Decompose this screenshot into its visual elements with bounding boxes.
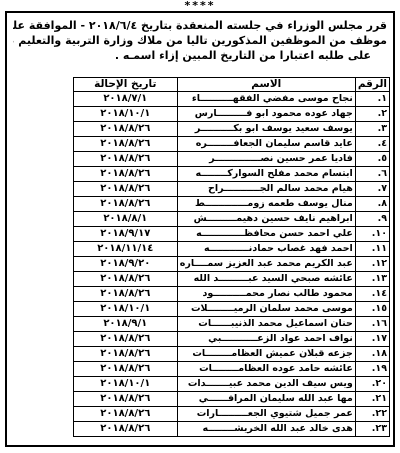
table-row: ١٦.حنان اسماعيل محمد الذنيبــــــات٢٠١٨/… — [73, 317, 389, 332]
decision-paragraph: قرر مجلس الوزراء في جلسته المنعقدة بتاري… — [7, 13, 393, 63]
referral-table: الرقم الاسم تاريخ الإحالة ١.نجاح موسى مف… — [73, 77, 390, 437]
employee-name-cell: جزعه قبلان عميش العظامــــــــات — [177, 347, 355, 362]
employee-name-cell: هيام محمد سالم الجـــــــــــراح — [177, 182, 355, 197]
decision-line-2: موظف من الموظفين المذكورين تاليا من ملاك… — [13, 33, 387, 48]
row-number-cell: ٢٠. — [355, 377, 389, 392]
employee-name-cell: ويس سيف الدين محمد عبيـــــــدات — [177, 377, 355, 392]
row-number-cell: ١٢. — [355, 257, 389, 272]
row-number-cell: ١٧. — [355, 332, 389, 347]
row-number-cell: ٢١. — [355, 392, 389, 407]
row-number-cell: ١١. — [355, 242, 389, 257]
table-row: ٥.فاديا عمر حسين نصــــــــــــــر٢٠١٨/٨… — [73, 152, 389, 167]
row-number-cell: ١٩. — [355, 362, 389, 377]
table-row: ٣.يوسف سعيد يوسف ابو بكــــــــــر٢٠١٨/٨… — [73, 122, 389, 137]
referral-date-cell: ٢٠١٨/٨/٢٦ — [73, 407, 177, 422]
row-number-cell: ١. — [355, 92, 389, 107]
number-column-header: الرقم — [355, 78, 389, 92]
employee-name-cell: حنان اسماعيل محمد الذنيبــــــات — [177, 317, 355, 332]
employee-name-cell: محمود طالب نصار محمــــــــــود — [177, 287, 355, 302]
table-row: ٦.ابتسام محمد مفلح السواركــــــــه٢٠١٨/… — [73, 167, 389, 182]
name-column-header: الاسم — [177, 78, 355, 92]
referral-date-cell: ٢٠١٨/٨/٢٦ — [73, 122, 177, 137]
referral-date-cell: ٢٠١٨/٨/٢٦ — [73, 197, 177, 212]
employee-name-cell: عائشه صبحي السيد عبـــــــــد الله — [177, 272, 355, 287]
referral-date-cell: ٢٠١٨/٨/٢٦ — [73, 332, 177, 347]
table-row: ٢٢.عمر جميل شتيوي الجعـــــــــارات٢٠١٨/… — [73, 407, 389, 422]
table-row: ١٠.علي احمد حسن محافظـــــــــــــه٢٠١٨/… — [73, 227, 389, 242]
table-row: ١٥.موسى محمد سلمان الرميــــــــلات٢٠١٨/… — [73, 302, 389, 317]
row-number-cell: ٢٣. — [355, 422, 389, 437]
row-number-cell: ١٥. — [355, 302, 389, 317]
referral-date-cell: ٢٠١٨/١٠/١ — [73, 302, 177, 317]
employee-name-cell: يوسف سعيد يوسف ابو بكــــــــــر — [177, 122, 355, 137]
employee-name-cell: هدى خالد عبد الله الخريشــــــــه — [177, 422, 355, 437]
table-row: ٢١.مها عبد الله سليمان المرافــــــي٢٠١٨… — [73, 392, 389, 407]
table-row: ٩.ابراهيم نايف حسين دهيمـــــــــش٢٠١٨/٨… — [73, 212, 389, 227]
employee-name-cell: نجاح موسى مفضي الفقهــــــــــاء — [177, 92, 355, 107]
referral-date-cell: ٢٠١٨/٨/٢٦ — [73, 152, 177, 167]
table-row: ١٧.نواف احمد عواد الزعـــــــــــبي٢٠١٨/… — [73, 332, 389, 347]
row-number-cell: ٤. — [355, 137, 389, 152]
table-row: ١١.احمد فهد غصاب حمادنــــــــــــه٢٠١٨/… — [73, 242, 389, 257]
row-number-cell: ١٨. — [355, 347, 389, 362]
row-number-cell: ١٤. — [355, 287, 389, 302]
employee-name-cell: نواف احمد عواد الزعـــــــــــبي — [177, 332, 355, 347]
table-row: ١.نجاح موسى مفضي الفقهــــــــــاء٢٠١٨/٧… — [73, 92, 389, 107]
referral-date-cell: ٢٠١٨/٨/٢٦ — [73, 362, 177, 377]
employee-name-cell: عبد الكريم محمد عبد العزيز سمــــاره — [177, 257, 355, 272]
row-number-cell: ١٦. — [355, 317, 389, 332]
table-row: ١٩.عائشه حامد عوده العظامــــــــات٢٠١٨/… — [73, 362, 389, 377]
referral-date-cell: ٢٠١٨/٩/١ — [73, 317, 177, 332]
row-number-cell: ٦. — [355, 167, 389, 182]
table-row: ١٢.عبد الكريم محمد عبد العزيز سمــــاره٢… — [73, 257, 389, 272]
employee-name-cell: احمد فهد غصاب حمادنــــــــــــه — [177, 242, 355, 257]
employee-name-cell: ابراهيم نايف حسين دهيمـــــــــش — [177, 212, 355, 227]
employee-name-cell: علي احمد حسن محافظـــــــــــــه — [177, 227, 355, 242]
table-row: ٢٠.ويس سيف الدين محمد عبيـــــــدات٢٠١٨/… — [73, 377, 389, 392]
referral-date-cell: ٢٠١٨/٩/٢٠ — [73, 257, 177, 272]
table-row: ١٤.محمود طالب نصار محمــــــــــود٢٠١٨/٨… — [73, 287, 389, 302]
row-number-cell: ١٣. — [355, 272, 389, 287]
row-number-cell: ٩. — [355, 212, 389, 227]
employee-name-cell: عايد قاسم سليمان الجعافــــــــره — [177, 137, 355, 152]
table-row: ٤.عايد قاسم سليمان الجعافــــــــره٢٠١٨/… — [73, 137, 389, 152]
row-number-cell: ٥. — [355, 152, 389, 167]
referral-date-cell: ٢٠١٨/٨/٢٦ — [73, 137, 177, 152]
document-frame: قرر مجلس الوزراء في جلسته المنعقدة بتاري… — [5, 11, 395, 447]
referral-date-cell: ٢٠١٨/٩/١٧ — [73, 227, 177, 242]
employee-name-cell: عمر جميل شتيوي الجعـــــــــارات — [177, 407, 355, 422]
row-number-cell: ١٠. — [355, 227, 389, 242]
table-body: ١.نجاح موسى مفضي الفقهــــــــــاء٢٠١٨/٧… — [73, 92, 389, 437]
employee-name-cell: فاديا عمر حسين نصــــــــــــــر — [177, 152, 355, 167]
row-number-cell: ٨. — [355, 197, 389, 212]
table-row: ٢.جهاد عوده محمود ابو فـــــــــارس٢٠١٨/… — [73, 107, 389, 122]
table-row: ٢٣.هدى خالد عبد الله الخريشــــــــه٢٠١٨… — [73, 422, 389, 437]
employee-name-cell: جهاد عوده محمود ابو فـــــــــارس — [177, 107, 355, 122]
row-number-cell: ٢٢. — [355, 407, 389, 422]
table-row: ١٣.عائشه صبحي السيد عبـــــــــد الله٢٠١… — [73, 272, 389, 287]
referral-date-cell: ٢٠١٨/٨/٢٦ — [73, 167, 177, 182]
table-row: ٧.هيام محمد سالم الجـــــــــــراح٢٠١٨/٨… — [73, 182, 389, 197]
referral-date-cell: ٢٠١٨/٨/٢٦ — [73, 287, 177, 302]
row-number-cell: ٣. — [355, 122, 389, 137]
referral-date-cell: ٢٠١٨/٨/٢٦ — [73, 347, 177, 362]
decision-line-1: قرر مجلس الوزراء في جلسته المنعقدة بتاري… — [13, 18, 387, 33]
row-number-cell: ٢. — [355, 107, 389, 122]
row-number-cell: ٧. — [355, 182, 389, 197]
referral-date-cell: ٢٠١٨/١١/١٤ — [73, 242, 177, 257]
employee-name-cell: ابتسام محمد مفلح السواركــــــــه — [177, 167, 355, 182]
referral-date-cell: ٢٠١٨/١٠/١ — [73, 377, 177, 392]
table-row: ١٨.جزعه قبلان عميش العظامــــــــات٢٠١٨/… — [73, 347, 389, 362]
employee-name-cell: موسى محمد سلمان الرميــــــــلات — [177, 302, 355, 317]
decision-line-3: على طلبه اعتبارا من التاريخ المبين إزاء … — [13, 48, 387, 63]
date-column-header: تاريخ الإحالة — [73, 78, 177, 92]
referral-date-cell: ٢٠١٨/١٠/١ — [73, 107, 177, 122]
employee-name-cell: عائشه حامد عوده العظامــــــــات — [177, 362, 355, 377]
referral-date-cell: ٢٠١٨/٨/١ — [73, 212, 177, 227]
referral-date-cell: ٢٠١٨/٧/١ — [73, 92, 177, 107]
table-row: ٨.منال يوسف طعمه زومـــــــــــــط٢٠١٨/٨… — [73, 197, 389, 212]
referral-date-cell: ٢٠١٨/٨/٢٦ — [73, 272, 177, 287]
top-asterisks: **** — [0, 0, 400, 11]
employee-name-cell: منال يوسف طعمه زومـــــــــــــط — [177, 197, 355, 212]
table-header-row: الرقم الاسم تاريخ الإحالة — [73, 78, 389, 92]
referral-date-cell: ٢٠١٨/٨/٢٦ — [73, 392, 177, 407]
referral-date-cell: ٢٠١٨/٨/٢٦ — [73, 422, 177, 437]
referral-date-cell: ٢٠١٨/٨/٢٦ — [73, 182, 177, 197]
employee-name-cell: مها عبد الله سليمان المرافــــــي — [177, 392, 355, 407]
